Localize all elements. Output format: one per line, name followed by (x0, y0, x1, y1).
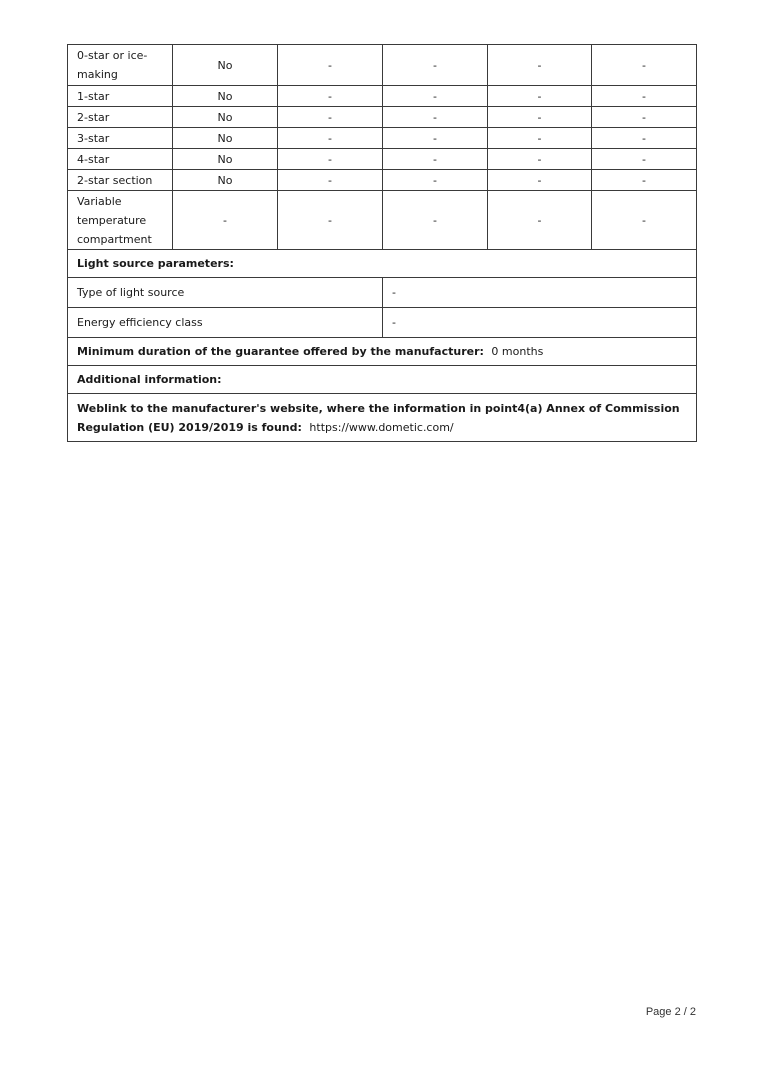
cell-value: - (592, 86, 697, 107)
light-source-type-label: Type of light source (68, 278, 383, 308)
cell-value: - (488, 191, 592, 250)
cell-value: No (173, 170, 278, 191)
table-row: 4-star No - - - - (68, 149, 697, 170)
table-row: 2-star section No - - - - (68, 170, 697, 191)
cell-value: - (383, 170, 488, 191)
cell-value: - (488, 45, 592, 86)
compartment-label: 0-star or ice-making (68, 45, 173, 86)
cell-value: No (173, 107, 278, 128)
cell-value: - (278, 107, 383, 128)
additional-info-label: Additional information: (68, 366, 697, 394)
table-row: Energy efficiency class - (68, 308, 697, 338)
cell-value: - (488, 149, 592, 170)
cell-value: - (592, 191, 697, 250)
table-row: Type of light source - (68, 278, 697, 308)
table-row: 1-star No - - - - (68, 86, 697, 107)
cell-value: - (488, 86, 592, 107)
page-number: Page 2 / 2 (646, 1006, 696, 1018)
cell-value: - (488, 107, 592, 128)
cell-value: - (383, 191, 488, 250)
cell-value: - (278, 191, 383, 250)
light-source-type-value: - (383, 278, 697, 308)
cell-value: - (278, 45, 383, 86)
table-row: 3-star No - - - - (68, 128, 697, 149)
guarantee-value: 0 months (491, 345, 543, 358)
cell-value: - (383, 45, 488, 86)
cell-value: - (592, 45, 697, 86)
cell-value: - (488, 170, 592, 191)
guarantee-cell: Minimum duration of the guarantee offere… (68, 338, 697, 366)
cell-value: - (383, 128, 488, 149)
weblink-url[interactable]: https://www.dometic.com/ (309, 421, 453, 434)
guarantee-label: Minimum duration of the guarantee offere… (77, 345, 484, 358)
guarantee-row: Minimum duration of the guarantee offere… (68, 338, 697, 366)
cell-value: - (592, 170, 697, 191)
cell-value: - (592, 149, 697, 170)
compartment-label: Variable temperature compartment (68, 191, 173, 250)
cell-value: - (383, 107, 488, 128)
cell-value: - (278, 170, 383, 191)
cell-value: No (173, 149, 278, 170)
cell-value: No (173, 86, 278, 107)
cell-value: No (173, 45, 278, 86)
table-row: Variable temperature compartment - - - -… (68, 191, 697, 250)
table-row: 2-star No - - - - (68, 107, 697, 128)
cell-value: - (592, 128, 697, 149)
cell-value: - (173, 191, 278, 250)
compartment-label: 2-star (68, 107, 173, 128)
cell-value: No (173, 128, 278, 149)
cell-value: - (278, 128, 383, 149)
table-row: 0-star or ice-making No - - - - (68, 45, 697, 86)
compartment-label: 1-star (68, 86, 173, 107)
cell-value: - (383, 86, 488, 107)
cell-value: - (383, 149, 488, 170)
additional-info-row: Additional information: (68, 366, 697, 394)
weblink-cell: Weblink to the manufacturer's website, w… (68, 394, 697, 442)
compartment-label: 3-star (68, 128, 173, 149)
light-source-heading: Light source parameters: (68, 250, 697, 278)
light-source-heading-row: Light source parameters: (68, 250, 697, 278)
compartment-label: 2-star section (68, 170, 173, 191)
compartment-label: 4-star (68, 149, 173, 170)
compartment-table: 0-star or ice-making No - - - - 1-star N… (67, 44, 697, 442)
product-information-sheet: 0-star or ice-making No - - - - 1-star N… (67, 44, 696, 442)
cell-value: - (278, 86, 383, 107)
cell-value: - (488, 128, 592, 149)
cell-value: - (278, 149, 383, 170)
energy-efficiency-class-label: Energy efficiency class (68, 308, 383, 338)
weblink-row: Weblink to the manufacturer's website, w… (68, 394, 697, 442)
energy-efficiency-class-value: - (383, 308, 697, 338)
cell-value: - (592, 107, 697, 128)
